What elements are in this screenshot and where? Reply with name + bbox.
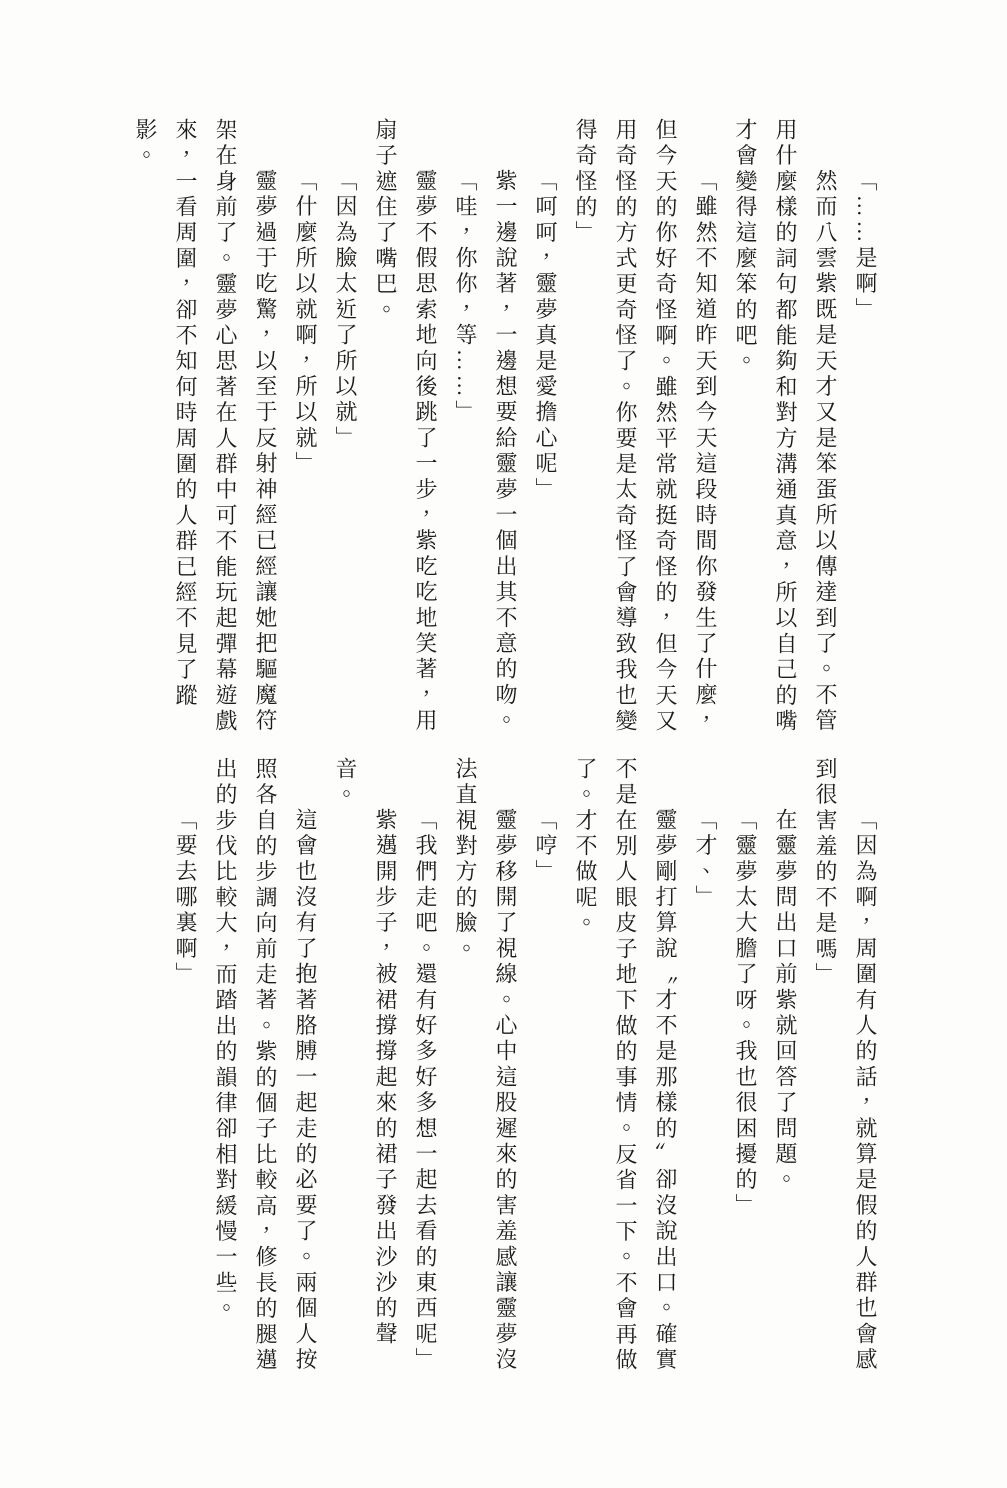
paragraph: 紫一邊說著，一邊想要給靈夢一個出其不意的吻。 <box>485 118 525 736</box>
paragraph: 靈夢移開了視線。心中這股遲來的害羞感讓靈夢沒法直視對方的臉。 <box>445 757 525 1375</box>
paragraph: 「……是啊」 <box>845 118 885 736</box>
paragraph: 「什麼所以就啊，所以就」 <box>285 118 325 736</box>
paragraph: 「因為臉太近了所以就」 <box>325 118 365 736</box>
paragraph: 靈夢過于吃驚，以至于反射神經已經讓她把驅魔符架在身前了。靈夢心思著在人群中可不能… <box>125 118 285 736</box>
paragraph: 在靈夢問出口前紫就回答了問題。 <box>765 757 805 1375</box>
paragraph: 「靈夢太大膽了呀。我也很困擾的」 <box>725 757 765 1375</box>
paragraph: 「哼」 <box>525 757 565 1375</box>
paragraph: 「才、」 <box>685 757 725 1375</box>
paragraph: 「哇，你你，等……」 <box>445 118 485 736</box>
paragraph: 「因為啊，周圍有人的話，就算是假的人群也會感到很害羞的不是嗎」 <box>805 757 885 1375</box>
page: 「……是啊」然而八雲紫既是天才又是笨蛋所以傳達到了。不管用什麼樣的詞句都能夠和對… <box>0 0 1007 1488</box>
paragraph: 然而八雲紫既是天才又是笨蛋所以傳達到了。不管用什麼樣的詞句都能夠和對方溝通真意，… <box>725 118 845 736</box>
paragraph: 「我們走吧。還有好多好多想一起去看的東西呢」 <box>405 757 445 1375</box>
paragraph: 「雖然不知道昨天到今天這段時間你發生了什麼，但今天的你好奇怪啊。雖然平常就挺奇怪… <box>565 118 725 736</box>
paragraph: 靈夢剛打算說〝才不是那樣的〞卻沒說出口。確實不是在別人眼皮子地下做的事情。反省一… <box>565 757 685 1375</box>
text-block-lower: 「因為啊，周圍有人的話，就算是假的人群也會感到很害羞的不是嗎」在靈夢問出口前紫就… <box>120 757 885 1375</box>
paragraph: 「要去哪裏啊」 <box>165 757 205 1375</box>
text-block-upper: 「……是啊」然而八雲紫既是天才又是笨蛋所以傳達到了。不管用什麼樣的詞句都能夠和對… <box>120 118 885 736</box>
paragraph: 紫邁開步子，被裙撐撐起來的裙子發出沙沙的聲音。 <box>325 757 405 1375</box>
paragraph: 「呵呵，靈夢真是愛擔心呢」 <box>525 118 565 736</box>
paragraph: 靈夢不假思索地向後跳了一步，紫吃吃地笑著，用扇子遮住了嘴巴。 <box>365 118 445 736</box>
paragraph: 這會也沒有了抱著胳膊一起走的必要了。兩個人按照各自的步調向前走著。紫的個子比較高… <box>205 757 325 1375</box>
